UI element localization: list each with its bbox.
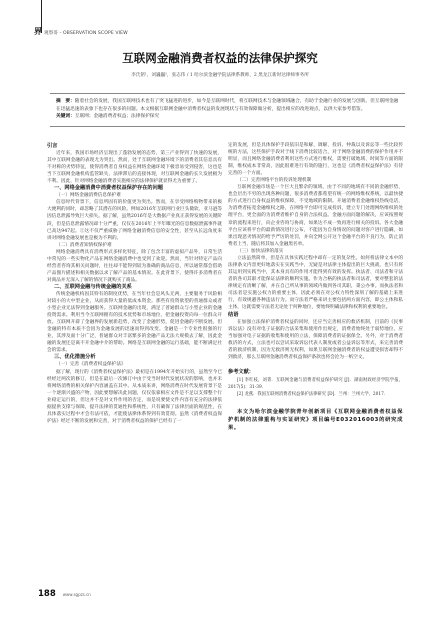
intro-heading: 引言 [47,143,222,150]
continued-paragraph: 定的发展，但是具体保护手段依旧是和解、调解、投诉、仲裁以及诉讼等一些比较传统的方… [228,142,403,177]
footer-url: www.sgpzs.cn [63,592,91,597]
intro-paragraph: 近年来，我国市场经济呈现出了蓬勃发展的态势，第三产业得到了快速的发展，其中互联网… [47,150,222,185]
article-title: 互联网金融消费者权益的法律保护探究 [0,50,440,66]
abstract: 摘 要：随着社会的发展，我国互联网技术也有了突飞猛进的进步，如今是互联网时代，将… [56,98,401,113]
keywords-text: 互联网；金融消费者权益；法律保护探究 [75,114,159,119]
section3-sub1: （一）完善《消费者权益保护法》 [47,361,222,368]
article-authors: 李氏铭¹，刘巍巍¹，张志伟 / 1 哈尔滨金融学院法律系教师，2 黑龙江新时达律… [0,72,440,78]
section1-heading: 一、网络金融消费中消费者权益保护存在的问题 [47,185,222,192]
section3-sub3: （三）加快法律的落实 [228,248,403,255]
section-char: 界 [34,26,42,37]
section3-paragraph2: 互联网金融市场是一个巨大且繁杂的领域，由于不同的地域有不同的金融形势，也会层出不… [228,184,403,247]
reference-item: [2] 龙燕．我国互联网消费者权益保护法律研究 [D]．兰州：兰州大学，2017… [228,391,403,398]
funding-note: 本文为哈尔滨金融学院青年创新项目《互联网金融消费者权益保护机制的法律重构与实证研… [228,408,403,432]
abstract-text: 随着社会的发展，我国互联网技术也有了突飞猛进的进步，如今是互联网时代，将互联网技… [56,99,398,112]
section2-paragraph: 传统金融机构因其特有的制度优势，在当年社会是风头无两，主要服务于风险相对较小的大… [47,291,222,354]
abstract-label: 摘 要： [56,99,75,104]
conclusion-paragraph: 在加强立法保护消费者权益的同时，还应当完善相应的救济机制，目前的《民事诉讼法》没… [228,319,403,361]
right-column: 定的发展，但是具体保护手段依旧是和解、调解、投诉、仲裁以及诉讼等一些比较传统的方… [228,142,403,432]
abstract-box: 摘 要：随着社会的发展，我国互联网技术也有了突飞猛进的进步，如今是互联网时代，将… [50,93,405,127]
section1-paragraph1: 信息时代背景下，信息所固有的价值更为突出。然而，在享受网络购物带来的极大便利的同… [47,199,222,241]
running-header: 界 观察哥 - OBSERVATION SCOPE VIEW [34,26,128,37]
section1-paragraph2: 网络金融消费具有消费形式多样化特征，除了包含丰富的虚拟产品外，日常生活中常见的一… [47,249,222,284]
keywords: 关键词：互联网；金融消费者权益；法律保护探究 [56,113,401,121]
page-number: 188 [38,589,56,599]
reference-item: [1] 李红枝，刘菁．互联网金融与消费者权益保护研究 [J]．湖南财政经济学院学… [228,377,403,391]
section2-heading: 二、互联网金融与传统金融的关系 [47,284,222,291]
section1-sub1: （一）网络金融消费信息保护难 [47,192,222,199]
page-footer: 188 www.sgpzs.cn [38,589,91,599]
left-column: 引言 近年来，我国市场经济呈现出了蓬勃发展的态势，第三产业得到了快速的发展，其中… [47,142,222,425]
section3-paragraph3: 立法虽然简单，但是在具体实践过程中却有一定的复杂性。如何将法律文本中的法律条文内… [228,255,403,311]
references-heading: 参考文献： [228,369,403,376]
keywords-label: 关键词： [56,114,75,119]
conclusion-heading: 结语 [228,312,403,319]
section1-sub2: （二）消费者知情权保护难 [47,242,222,249]
section3-heading: 三、优化措施分析 [47,354,222,361]
section3-paragraph1: 据了解，现行的《消费者权益保护法》最初是在1994年开始实行的，虽然至今已经经过… [47,369,222,425]
section-label: 观察哥 - OBSERVATION SCOPE VIEW [44,30,128,36]
section3-sub2: （二）完善网络平台的投诉处理机制 [228,177,403,184]
